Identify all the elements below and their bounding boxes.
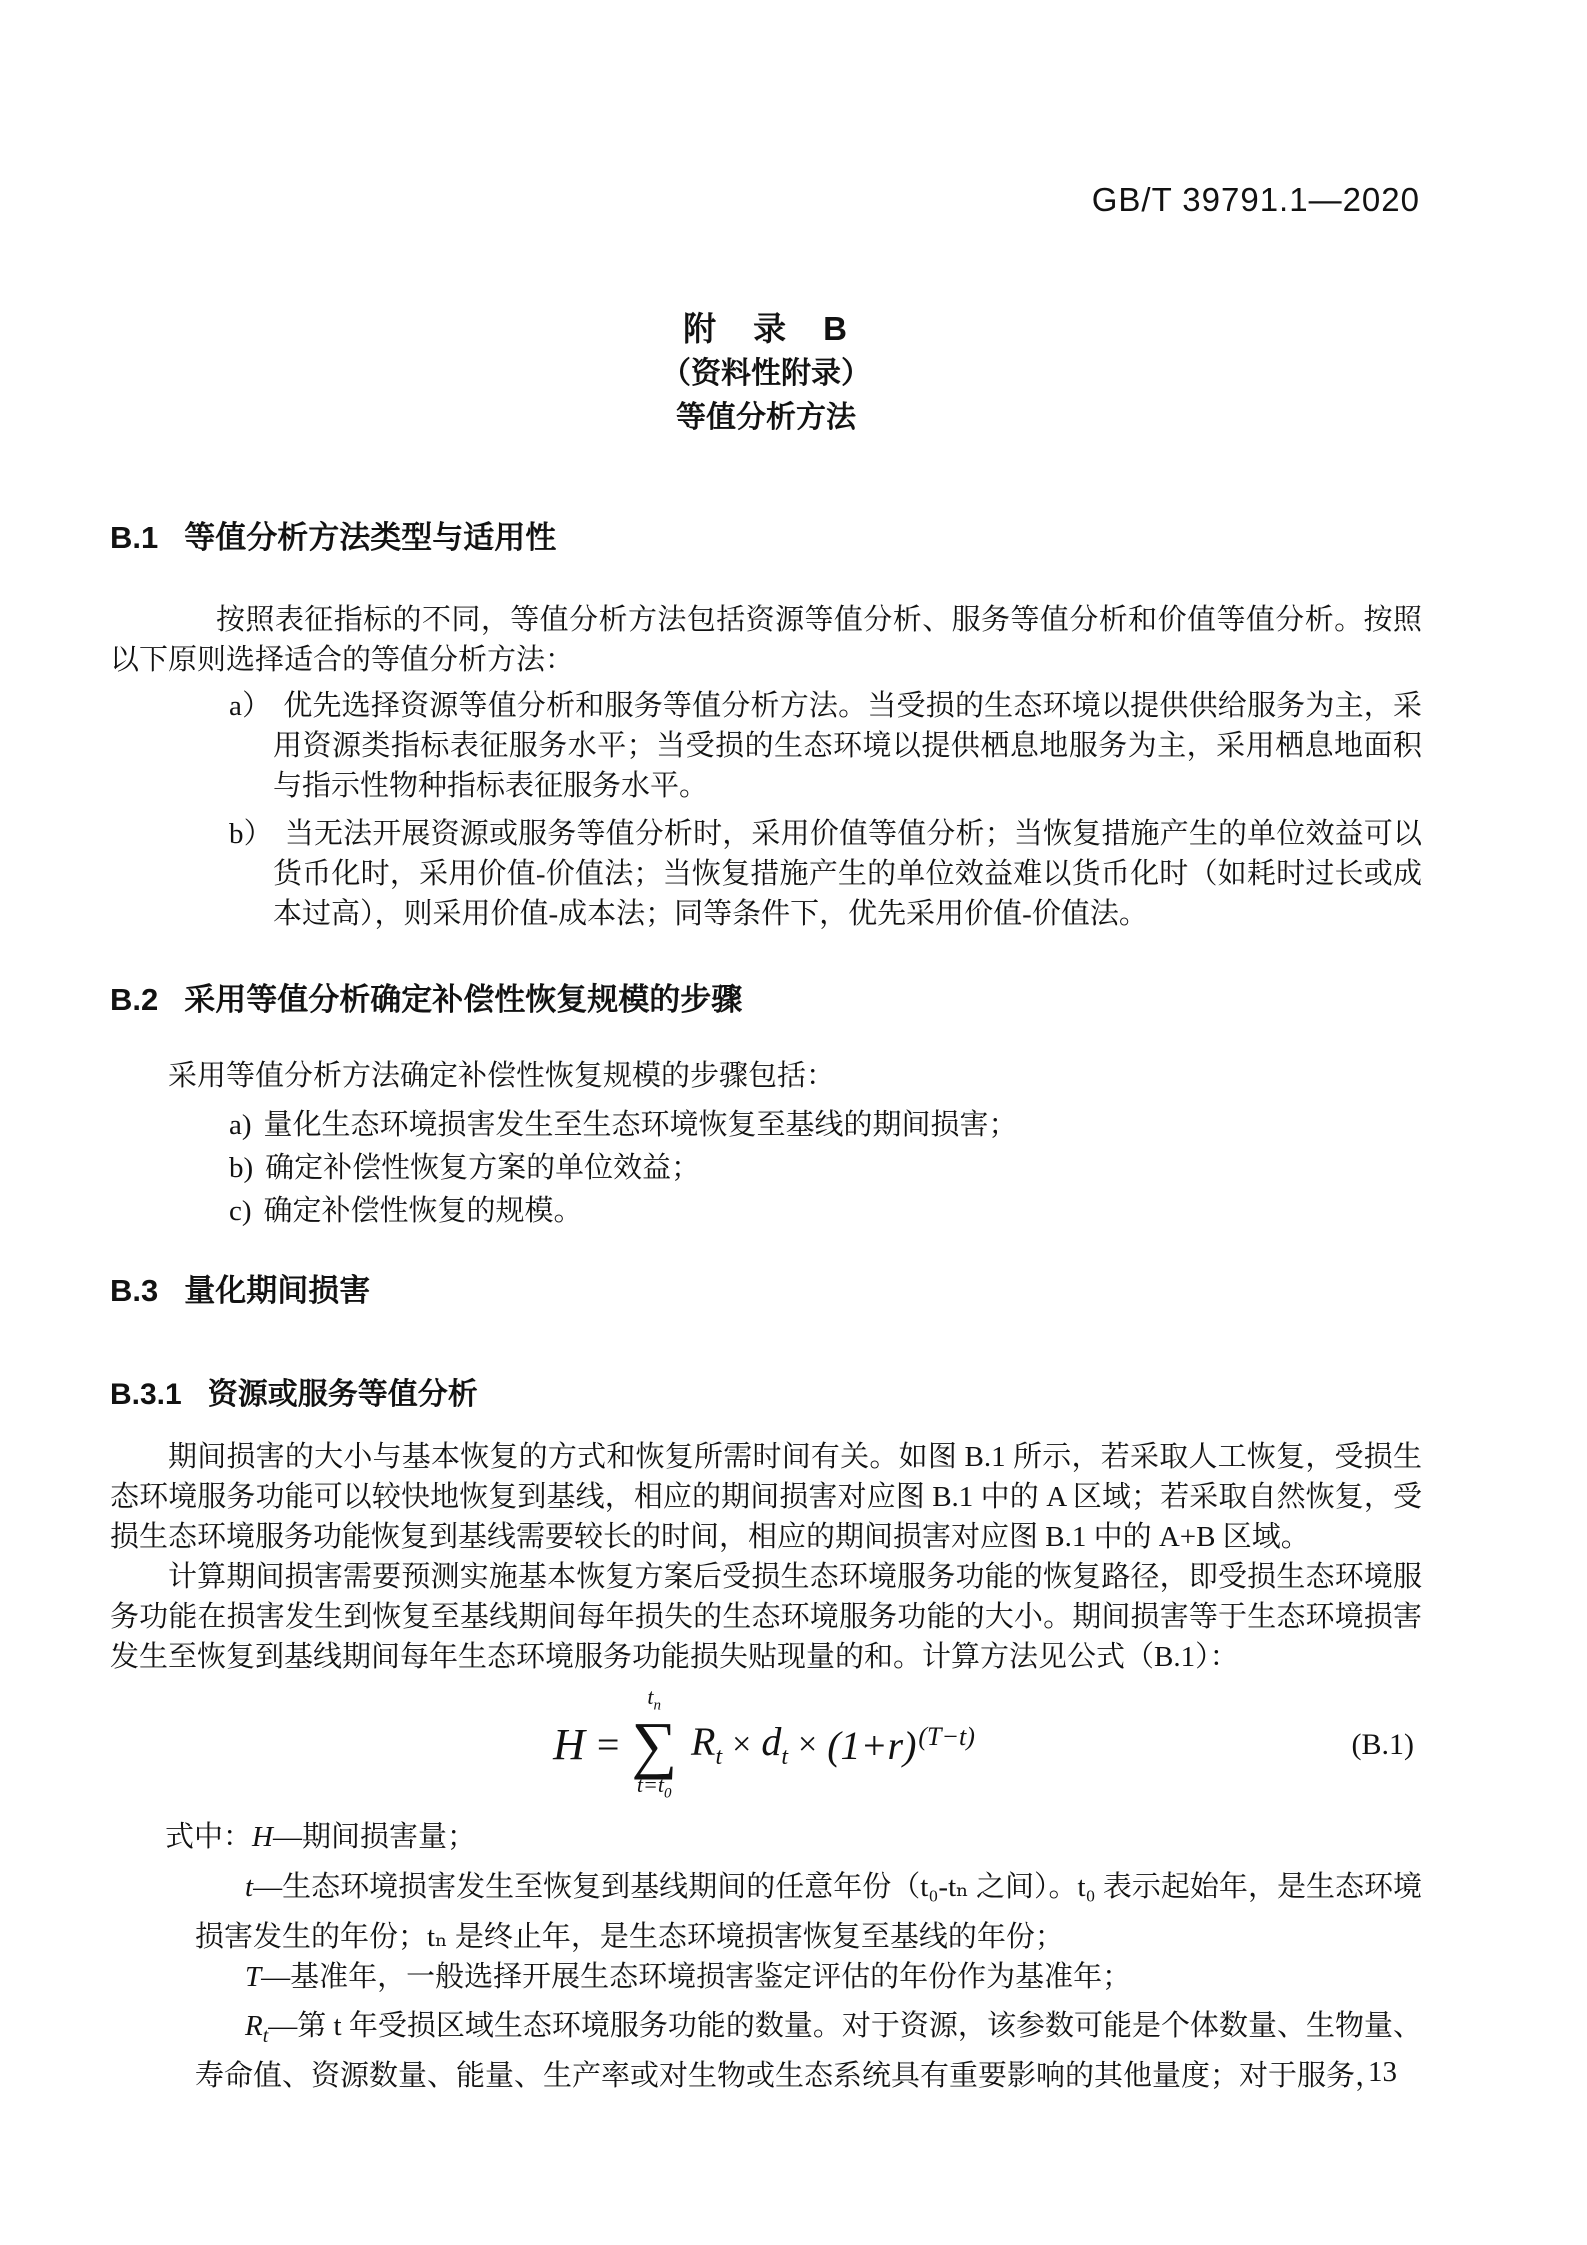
section-b2-intro: 采用等值分析方法确定补偿性恢复规模的步骤包括：: [110, 1056, 1422, 1096]
definition-text: 基准年，一般选择开展生态环境损害鉴定评估的年份作为基准年；: [290, 1961, 1131, 1993]
variable-symbol: t: [245, 1871, 253, 1903]
section-b1-number: B.1: [110, 520, 158, 555]
appendix-title-block: 附 录 B （资料性附录） 等值分析方法: [110, 306, 1422, 440]
list-item: b)确定补偿性恢复方案的单位效益；: [110, 1147, 1422, 1190]
standard-number-header: GB/T 39791.1—2020: [0, 0, 1587, 217]
appendix-title: 附 录 B: [110, 306, 1422, 352]
where-definition-h: 式中：H—期间损害量；: [165, 1817, 1422, 1867]
section-b1-intro: 按照表征指标的不同，等值分析方法包括资源等值分析、服务等值分析和价值等值分析。按…: [110, 600, 1422, 680]
section-b31-paragraph-1: 期间损害的大小与基本恢复的方式和恢复所需时间有关。如图 B.1 所示，若采取人工…: [110, 1437, 1422, 1557]
term-discount: (1+r)(T−t): [827, 1724, 975, 1766]
multiplication-sign: ×: [798, 1728, 817, 1762]
page-content: 附 录 B （资料性附录） 等值分析方法 B.1等值分析方法类型与适用性 按照表…: [110, 306, 1422, 2096]
section-b31-number: B.3.1: [110, 1378, 182, 1411]
equals-sign: =: [597, 1725, 620, 1765]
formula-expression: H = tn ∑ t=t0 Rt × dt × (1+r)(T−t): [553, 1685, 979, 1806]
section-b31-title: 资源或服务等值分析: [208, 1378, 478, 1411]
page-number: 13: [1368, 2056, 1397, 2088]
formula-b1: H = tn ∑ t=t0 Rt × dt × (1+r)(T−t) (B.1): [110, 1693, 1422, 1797]
section-b3-heading: B.3量化期间损害: [110, 1271, 1422, 1311]
section-b1-heading: B.1等值分析方法类型与适用性: [110, 518, 1422, 558]
list-item-label: b): [229, 1152, 253, 1184]
list-item: c)确定补偿性恢复的规模。: [110, 1190, 1422, 1233]
list-item: b）当无法开展资源或服务等值分析时，采用价值等值分析；当恢复措施产生的单位效益可…: [110, 814, 1422, 934]
list-item-text: 当无法开展资源或服务等值分析时，采用价值等值分析；当恢复措施产生的单位效益可以货…: [273, 818, 1422, 930]
definition-text: 期间损害量；: [302, 1821, 476, 1853]
term-d: dt: [761, 1722, 788, 1769]
definition-dash: —: [261, 1961, 290, 1993]
list-item: a）优先选择资源等值分析和服务等值分析方法。当受损的生态环境以提供供给服务为主，…: [110, 686, 1422, 806]
list-item-label: a): [229, 1109, 252, 1141]
list-item-text: 优先选择资源等值分析和服务等值分析方法。当受损的生态环境以提供供给服务为主，采用…: [273, 690, 1422, 802]
definition-dash: —: [253, 1871, 282, 1903]
formula-number: (B.1): [1352, 1725, 1415, 1765]
section-b3-title: 量化期间损害: [184, 1273, 370, 1308]
appendix-subtitle-method: 等值分析方法: [110, 396, 1422, 440]
variable-symbol: H: [252, 1821, 273, 1853]
section-b2-title: 采用等值分析确定补偿性恢复规模的步骤: [184, 982, 742, 1017]
summation-group: tn ∑ t=t0: [631, 1685, 677, 1806]
formula-lhs: H: [553, 1723, 585, 1767]
where-definition-t: t—生态环境损害发生至恢复到基线期间的任意年份（t₀-tₙ 之间）。t₀ 表示起…: [195, 1867, 1422, 1957]
appendix-subtitle-informative: （资料性附录）: [110, 352, 1422, 396]
definition-text: 第 t 年受损区域生态环境服务功能的数量。对于资源，该参数可能是个体数量、生物量…: [195, 2010, 1422, 2092]
section-b31-heading: B.3.1资源或服务等值分析: [110, 1375, 1422, 1415]
where-definition-Rt: Rt—第 t 年受损区域生态环境服务功能的数量。对于资源，该参数可能是个体数量、…: [195, 2006, 1422, 2096]
list-item-label: b）: [229, 818, 273, 850]
variable-symbol: Rt: [245, 2010, 268, 2042]
list-item-label: c): [229, 1195, 252, 1227]
section-b1-title: 等值分析方法类型与适用性: [184, 520, 556, 555]
list-item-text: 确定补偿性恢复方案的单位效益；: [265, 1152, 700, 1184]
list-item-label: a）: [229, 690, 271, 722]
definition-dash: —: [268, 2010, 297, 2042]
section-b2-number: B.2: [110, 982, 158, 1017]
formula-where-block: 式中：H—期间损害量； t—生态环境损害发生至恢复到基线期间的任意年份（t₀-t…: [165, 1817, 1422, 2096]
where-lead: 式中：: [165, 1821, 252, 1853]
term-r: Rt: [691, 1722, 722, 1769]
section-b2-list: a)量化生态环境损害发生至生态环境恢复至基线的期间损害； b)确定补偿性恢复方案…: [110, 1104, 1422, 1233]
section-b31-paragraph-2: 计算期间损害需要预测实施基本恢复方案后受损生态环境服务功能的恢复路径，即受损生态…: [110, 1557, 1422, 1677]
section-b3-number: B.3: [110, 1273, 158, 1308]
variable-symbol: T: [245, 1961, 261, 1993]
list-item: a)量化生态环境损害发生至生态环境恢复至基线的期间损害；: [110, 1104, 1422, 1147]
list-item-text: 确定补偿性恢复的规模。: [264, 1195, 583, 1227]
definition-text: 生态环境损害发生至恢复到基线期间的任意年份（t₀-tₙ 之间）。t₀ 表示起始年…: [195, 1871, 1422, 1953]
sigma-symbol: ∑: [631, 1717, 677, 1773]
list-item-text: 量化生态环境损害发生至生态环境恢复至基线的期间损害；: [264, 1109, 1018, 1141]
document-page: GB/T 39791.1—2020 附 录 B （资料性附录） 等值分析方法 B…: [0, 0, 1587, 2245]
summation-lower-limit: t=t0: [637, 1773, 672, 1805]
section-b2-heading: B.2采用等值分析确定补偿性恢复规模的步骤: [110, 980, 1422, 1020]
multiplication-sign: ×: [732, 1728, 751, 1762]
section-b1-list: a）优先选择资源等值分析和服务等值分析方法。当受损的生态环境以提供供给服务为主，…: [110, 686, 1422, 934]
where-definition-T: T—基准年，一般选择开展生态环境损害鉴定评估的年份作为基准年；: [195, 1957, 1422, 2007]
definition-dash: —: [273, 1821, 302, 1853]
